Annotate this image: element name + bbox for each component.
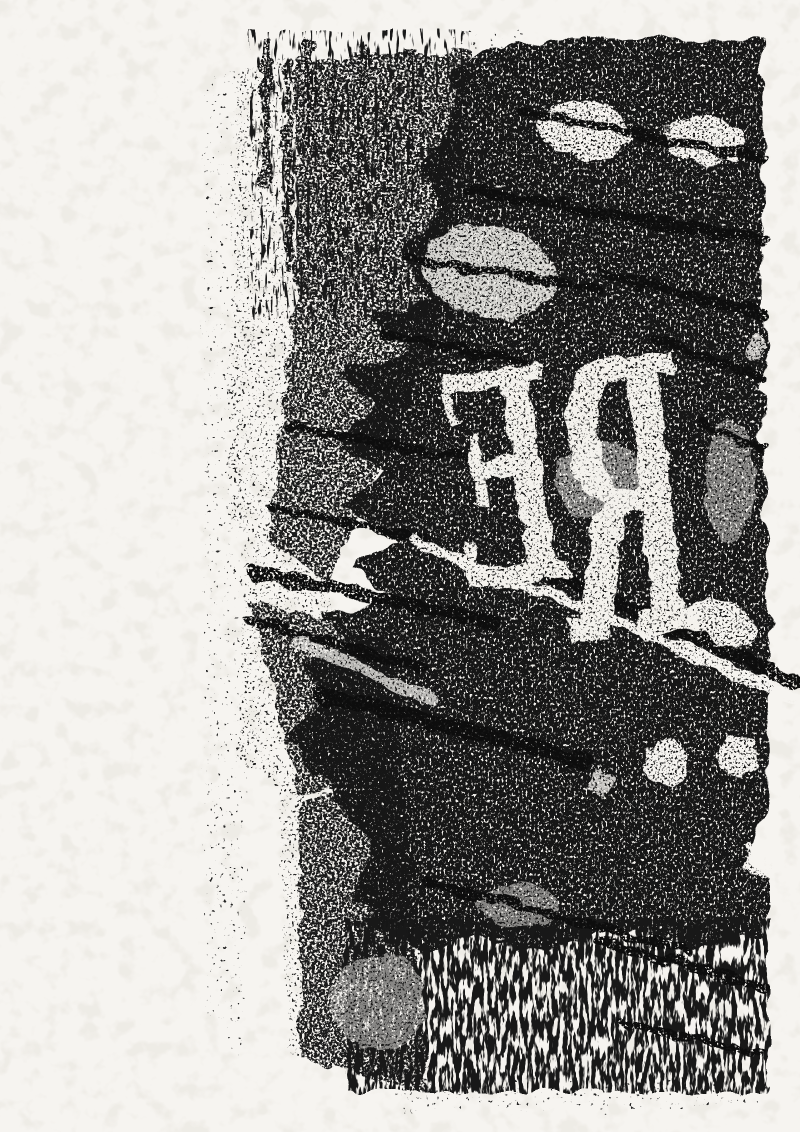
scanned-photo-page: E R bbox=[0, 0, 800, 1132]
halftone-photo: E R bbox=[0, 0, 800, 1132]
